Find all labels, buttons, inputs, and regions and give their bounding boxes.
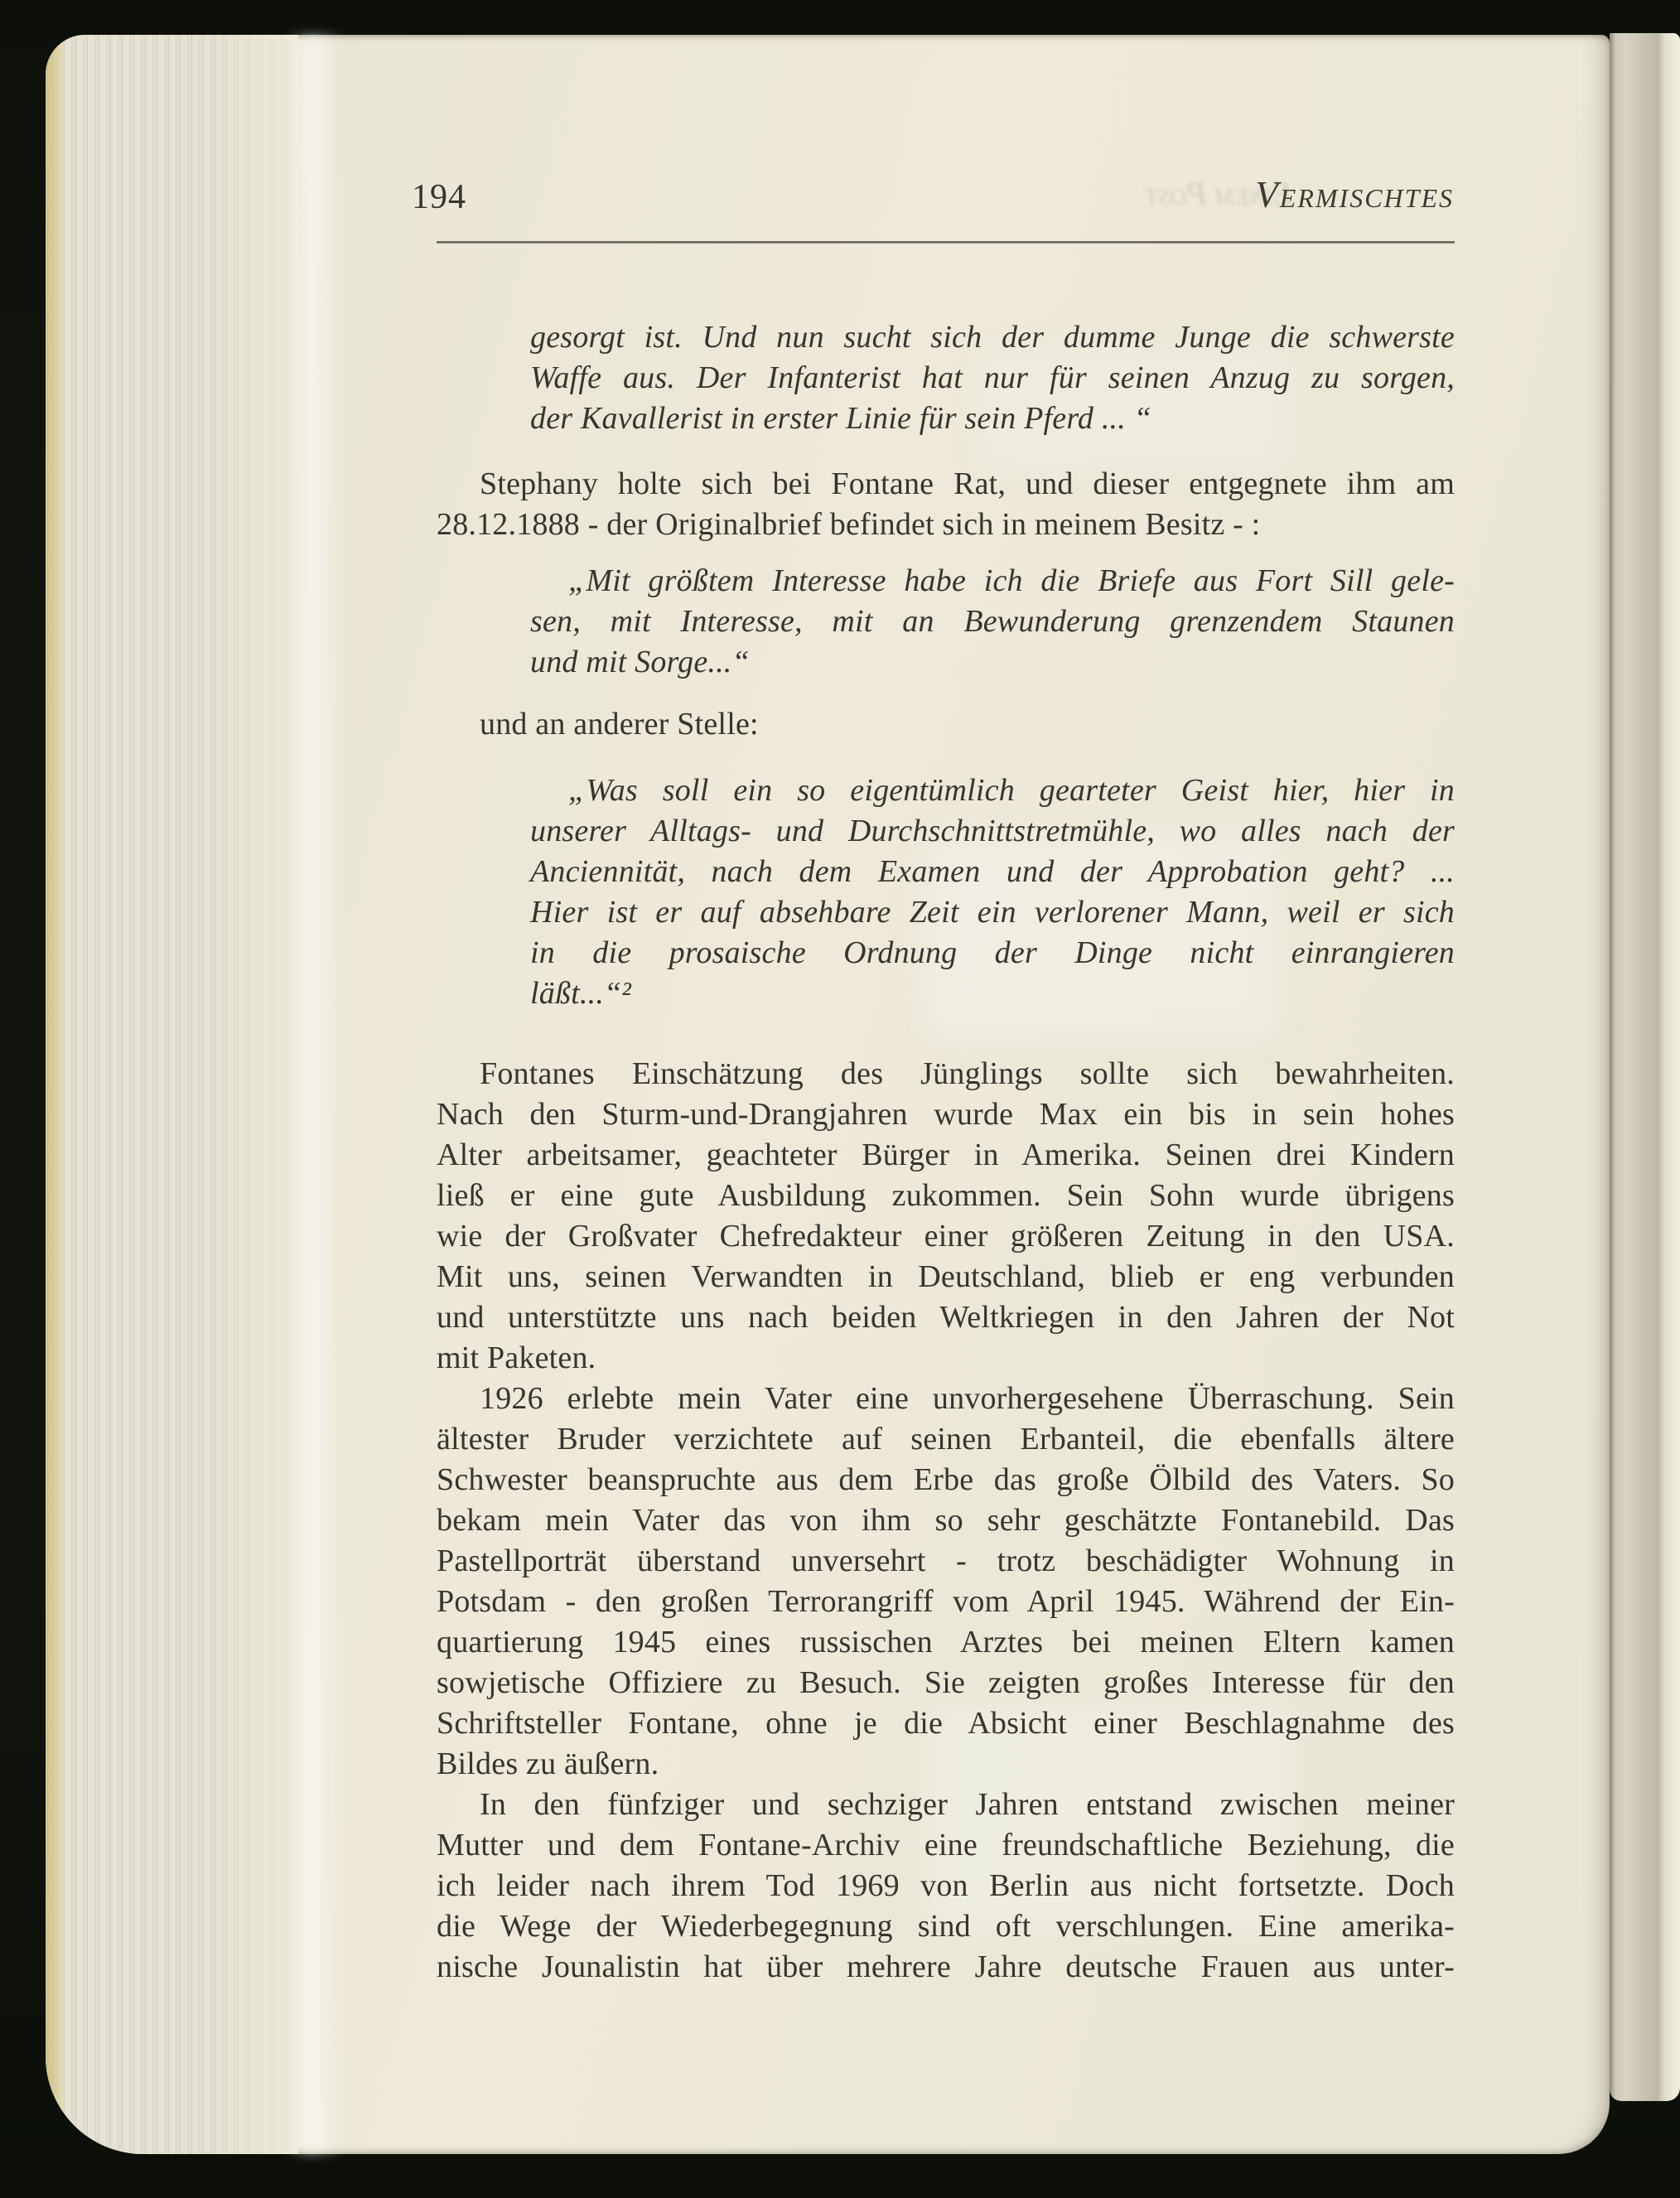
blockquote-fontane-1: gesorgt ist. Und nun sucht sich der dumm… xyxy=(530,317,1455,439)
text-line: Waffe aus. Der Infanterist hat nur für s… xyxy=(530,358,1455,399)
blockquote-fontane-2: „Mit größtem Interesse habe ich die Brie… xyxy=(530,561,1455,683)
text-line: Anciennität, nach dem Examen und der App… xyxy=(530,852,1455,892)
text-line: nische Jounalistin hat über mehrere Jahr… xyxy=(437,1947,1455,1988)
text-line: Stephany holte sich bei Fontane Rat, und… xyxy=(437,464,1455,505)
text-line: ich leider nach ihrem Tod 1969 von Berli… xyxy=(437,1866,1455,1906)
text-line: sen, mit Interesse, mit an Bewunderung g… xyxy=(530,601,1455,642)
text-line: Pastellporträt überstand unversehrt - tr… xyxy=(437,1541,1455,1582)
paragraph-stephany: Stephany holte sich bei Fontane Rat, und… xyxy=(437,464,1455,545)
text-line: Schriftsteller Fontane, ohne je die Absi… xyxy=(437,1703,1455,1744)
text-line: Bildes zu äußern. xyxy=(437,1744,1455,1785)
text-line: mit Paketen. xyxy=(437,1338,1455,1379)
text-line: Fontanes Einschätzung des Jünglings soll… xyxy=(437,1054,1455,1094)
blockquote-fontane-3: „Was soll ein so eigentümlich gearteter … xyxy=(530,771,1455,1014)
text-line: Alter arbeitsamer, geachteter Bürger in … xyxy=(437,1135,1455,1176)
body-text: Fontanes Einschätzung des Jünglings soll… xyxy=(437,1054,1455,1988)
text-line: Mutter und dem Fontane-Archiv eine freun… xyxy=(437,1825,1455,1866)
text-line: und mit Sorge...“ xyxy=(530,642,1455,683)
text-line: „Was soll ein so eigentümlich gearteter … xyxy=(530,771,1455,811)
text-line: Schwester beanspruchte aus dem Erbe das … xyxy=(437,1460,1455,1500)
text-line: in die prosaische Ordnung der Dinge nich… xyxy=(530,933,1455,973)
text-line: und unterstützte uns nach beiden Weltkri… xyxy=(437,1297,1455,1338)
text-line: die Wege der Wiederbegegnung sind oft ve… xyxy=(437,1906,1455,1947)
paragraph-fontanes-einschaetzung: Fontanes Einschätzung des Jünglings soll… xyxy=(437,1054,1455,1379)
text-line: Mit uns, seinen Verwandten in Deutschlan… xyxy=(437,1257,1455,1297)
text-line: In den fünfziger und sechziger Jahren en… xyxy=(437,1785,1455,1825)
show-through-header-text: Einem Post xyxy=(1019,177,1292,210)
text-line: quartierung 1945 eines russischen Arztes… xyxy=(437,1622,1455,1663)
page-stack-highlight xyxy=(286,35,344,2154)
text-line: Hier ist er auf absehbare Zeit ein verlo… xyxy=(530,892,1455,933)
text-line: unserer Alltags- und Durchschnittstretmü… xyxy=(530,811,1455,852)
text-line: ließ er eine gute Ausbildung zukommen. S… xyxy=(437,1176,1455,1216)
text-line: ältester Bruder verzichtete auf seinen E… xyxy=(437,1419,1455,1460)
page-stack-edge xyxy=(46,35,298,2154)
book-photo: Einem Post 194 Vermischtes gesorgt ist. … xyxy=(0,0,1680,2198)
text-line: und an anderer Stelle: xyxy=(437,704,1455,745)
paragraph-interjection: und an anderer Stelle: xyxy=(437,704,1455,745)
text-line: gesorgt ist. Und nun sucht sich der dumm… xyxy=(530,317,1455,358)
text-line: wie der Großvater Chefredakteur einer gr… xyxy=(437,1216,1455,1257)
header-rule xyxy=(437,241,1455,244)
text-line: 28.12.1888 - der Originalbrief befindet … xyxy=(437,505,1455,545)
text-line: der Kavallerist in erster Linie für sein… xyxy=(530,399,1455,439)
text-line: Potsdam - den großen Terrorangriff vom A… xyxy=(437,1582,1455,1622)
text-line: „Mit größtem Interesse habe ich die Brie… xyxy=(530,561,1455,601)
text-line: läßt...“² xyxy=(530,973,1455,1014)
paragraph-fuenfziger-jahre: In den fünfziger und sechziger Jahren en… xyxy=(437,1785,1455,1988)
text-line: 1926 erlebte mein Vater eine unvorherges… xyxy=(437,1379,1455,1419)
page-number: 194 xyxy=(412,180,466,215)
facing-page-edge xyxy=(1610,33,1680,2101)
text-line: Nach den Sturm-und-Drangjahren wurde Max… xyxy=(437,1094,1455,1135)
paragraph-1926: 1926 erlebte mein Vater eine unvorherges… xyxy=(437,1379,1455,1785)
text-line: sowjetische Offiziere zu Besuch. Sie zei… xyxy=(437,1663,1455,1703)
running-header: Vermischtes xyxy=(1255,176,1454,214)
text-line: bekam mein Vater das von ihm so sehr ges… xyxy=(437,1500,1455,1541)
